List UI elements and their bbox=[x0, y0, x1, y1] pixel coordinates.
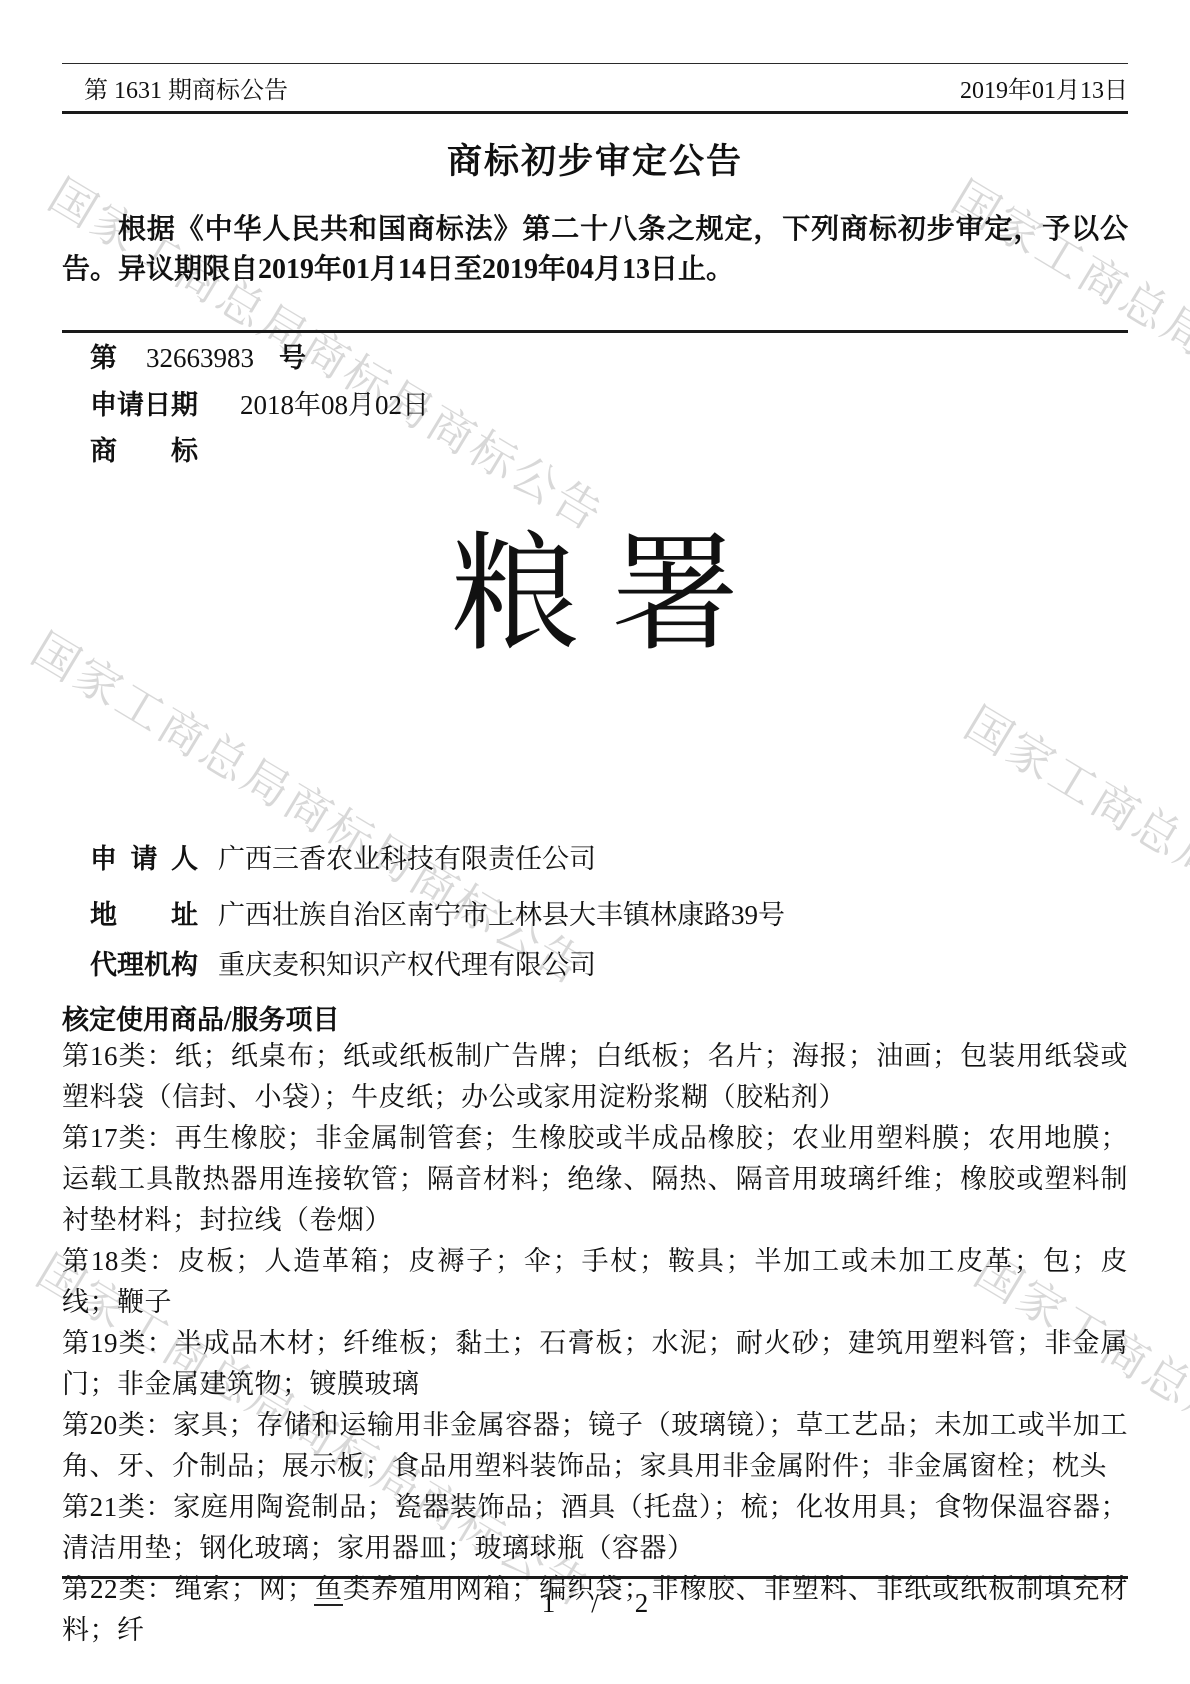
gazette-issue-label: 第 1631 期商标公告 bbox=[62, 76, 288, 106]
goods-class-paragraph: 第20类：家具；存储和运输用非金属容器；镜子（玻璃镜）；草工艺品；未加工或半加工… bbox=[62, 1405, 1128, 1487]
goods-services-heading: 核定使用商品/服务项目 bbox=[62, 998, 1128, 1037]
goods-text: 第18类：皮板；人造革箱；皮褥子；伞；手杖；鞍具；半加工或未加工皮革；包；皮线；… bbox=[62, 1246, 1128, 1317]
goods-text: 第19类：半成品木材；纤维板；黏土；石膏板；水泥；耐火砂；建筑用塑料管；非金属门… bbox=[62, 1328, 1128, 1399]
footer-rule bbox=[62, 1576, 1128, 1579]
page-number: 1/2 bbox=[62, 1588, 1128, 1619]
top-border-line bbox=[62, 63, 1128, 64]
intro-paragraph: 根据《中华人民共和国商标法》第二十八条之规定，下列商标初步审定，予以公告。异议期… bbox=[62, 210, 1128, 290]
registration-prefix: 第 bbox=[90, 343, 117, 373]
goods-text: 第17类：再生橡胶；非金属制管套；生橡胶或半成品橡胶；农业用塑料膜；农用地膜；运… bbox=[62, 1123, 1128, 1235]
applicant-value: 广西三香农业科技有限责任公司 bbox=[218, 844, 596, 874]
header-rule bbox=[62, 111, 1128, 114]
goods-class-paragraph: 第18类：皮板；人造革箱；皮褥子；伞；手杖；鞍具；半加工或未加工皮革；包；皮线；… bbox=[62, 1241, 1128, 1323]
goods-class-paragraph: 第19类：半成品木材；纤维板；黏土；石膏板；水泥；耐火砂；建筑用塑料管；非金属门… bbox=[62, 1323, 1128, 1405]
address-row: 地址广西壮族自治区南宁市上林县大丰镇林康路39号 bbox=[62, 899, 1128, 931]
goods-class-paragraph: 第16类：纸；纸桌布；纸或纸板制广告牌；白纸板；名片；海报；油画；包装用纸袋或塑… bbox=[62, 1036, 1128, 1118]
trademark-label: 商标 bbox=[90, 435, 198, 467]
applicant-label: 申请人 bbox=[90, 843, 198, 875]
registration-suffix: 号 bbox=[279, 343, 306, 373]
total-pages: 2 bbox=[635, 1588, 649, 1618]
application-date-value: 2018年08月02日 bbox=[240, 390, 429, 420]
gazette-date: 2019年01月13日 bbox=[960, 76, 1128, 106]
trademark-text: 粮 署 bbox=[62, 520, 1128, 670]
application-date-label: 申请日期 bbox=[90, 389, 198, 421]
section-divider bbox=[62, 330, 1128, 333]
registration-number: 32663983 bbox=[146, 343, 254, 373]
page-title: 商标初步审定公告 bbox=[62, 134, 1128, 184]
application-date-row: 申请日期2018年08月02日 bbox=[62, 389, 1128, 421]
address-value: 广西壮族自治区南宁市上林县大丰镇林康路39号 bbox=[218, 900, 785, 930]
goods-text: 第21类：家庭用陶瓷制品；瓷器装饰品；酒具（托盘）；梳；化妆用具；食物保温容器；… bbox=[62, 1492, 1128, 1563]
gazette-page: 国家工商总局商标局商标公告 国家工商总局商标局商标公告 国家工商总局商标局商标公… bbox=[0, 0, 1190, 1684]
address-label: 地址 bbox=[90, 899, 198, 931]
trademark-label-row: 商标 bbox=[62, 435, 1128, 467]
agency-value: 重庆麦积知识产权代理有限公司 bbox=[218, 950, 596, 980]
agency-label: 代理机构 bbox=[90, 949, 198, 981]
goods-list: 第16类：纸；纸桌布；纸或纸板制广告牌；白纸板；名片；海报；油画；包装用纸袋或塑… bbox=[62, 1036, 1128, 1651]
watermark-text: 国家工商总局商标局商标公告 bbox=[21, 614, 601, 999]
goods-text: 第20类：家具；存储和运输用非金属容器；镜子（玻璃镜）；草工艺品；未加工或半加工… bbox=[62, 1410, 1128, 1481]
current-page: 1 bbox=[542, 1588, 556, 1618]
registration-number-row: 第32663983号 bbox=[62, 342, 1128, 374]
goods-text: 第16类：纸；纸桌布；纸或纸板制广告牌；白纸板；名片；海报；油画；包装用纸袋或塑… bbox=[62, 1041, 1128, 1112]
page-header: 第 1631 期商标公告 2019年01月13日 bbox=[62, 76, 1128, 106]
goods-class-paragraph: 第17类：再生橡胶；非金属制管套；生橡胶或半成品橡胶；农业用塑料膜；农用地膜；运… bbox=[62, 1118, 1128, 1241]
page-separator: / bbox=[591, 1588, 599, 1618]
applicant-row: 申请人广西三香农业科技有限责任公司 bbox=[62, 843, 1128, 875]
agency-row: 代理机构重庆麦积知识产权代理有限公司 bbox=[62, 949, 1128, 981]
goods-class-paragraph: 第21类：家庭用陶瓷制品；瓷器装饰品；酒具（托盘）；梳；化妆用具；食物保温容器；… bbox=[62, 1487, 1128, 1569]
